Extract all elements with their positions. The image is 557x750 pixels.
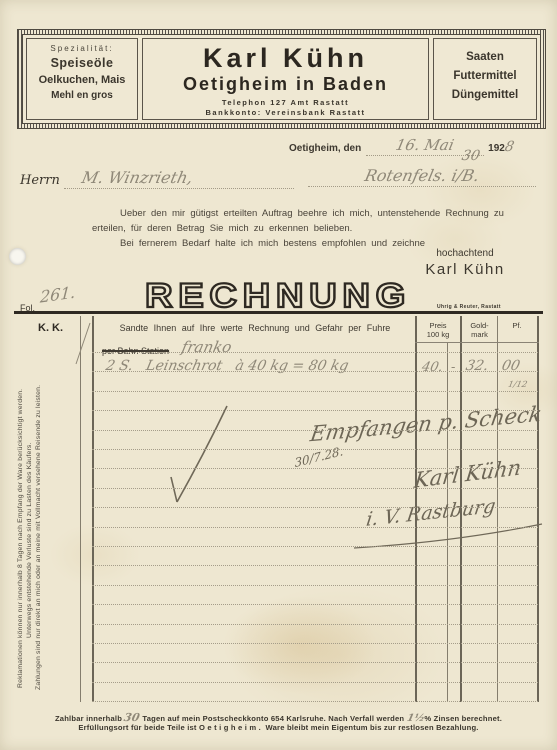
table-dotted-row-line [92,643,538,644]
letterhead-company-box: Karl Kühn Oetigheim in Baden Telephon 12… [142,38,429,120]
footer-place-spaced: Oetigheim. [199,723,263,732]
table-dotted-row-line [92,585,538,586]
specialty-label: Spezialität: [27,44,137,53]
table-dotted-row-line [92,468,538,469]
signature-underline-stroke [354,524,542,548]
table-dotted-row-line [92,624,538,625]
table-dotted-row-line [92,410,538,411]
closing-word: hochachtend [390,248,540,259]
year-prefix: 192 [488,143,505,154]
table-dotted-row-line [92,507,538,508]
letterhead-frame: Spezialität: Speiseöle Oelkuchen, Mais M… [17,29,546,129]
company-bank: Bankkonto: Vereinsbank Rastatt [143,108,428,118]
margin-note-unterwegs: Unterwegs entstehende Verluste sind zu L… [26,442,33,638]
company-name: Karl Kühn [143,44,428,73]
body-paragraph: Ueber den mir gütigst erteilten Auftrag … [92,206,544,251]
printer-mark: Uhrig & Reuter, Rastatt [437,304,501,310]
pencil-strokes [14,316,543,702]
body-line: erteilen, für deren Betrag Sie mich zu e… [92,221,544,236]
recipient-line: Herrn M. Winzrieth, [20,168,294,189]
specialty-line: Mehl en gros [27,88,137,103]
recipient-name-field: M. Winzrieth, [64,168,294,189]
table-dotted-row-line [92,527,538,528]
handwritten-recipient-name: M. Winzrieth, [80,168,195,187]
table-dotted-row-line [92,488,538,489]
invoice-document: Spezialität: Speiseöle Oelkuchen, Mais M… [0,0,557,750]
table-dotted-row-line [92,604,538,605]
letterhead-specialties-box: Spezialität: Speiseöle Oelkuchen, Mais M… [26,38,138,120]
company-place: Oetigheim in Baden [143,73,428,95]
table-dotted-row-line [92,565,538,566]
table-dotted-row-line [92,662,538,663]
table-dotted-row-line [92,449,538,450]
handwritten-note-30: 30 [460,148,481,164]
handwritten-date: 16. Mai [394,136,456,154]
punch-hole [9,248,26,265]
product-line: Saaten [434,48,536,67]
title-rule [14,311,543,314]
table-dotted-row-line [92,352,538,353]
table-grid: K. K. Sandte Ihnen auf Ihre werte Rechnu… [14,316,543,702]
table-dotted-row-line [92,430,538,431]
margin-note-zahlungen: Zahlungen sind nur direkt an mich oder a… [35,385,42,690]
kk-slash-stroke [76,323,90,364]
footer-line-2: Erfüllungsort für beide Teile ist Oetigh… [0,723,557,732]
specialty-line: Oelkuchen, Mais [27,72,137,88]
product-line: Futtermittel [434,67,536,86]
specialty-line: Speiseöle [27,55,137,72]
date-place-label: Oetigheim, den [289,143,361,154]
rechnung-title: RECHNUNG [138,277,418,315]
table-dotted-row-line [92,701,538,702]
handwritten-folio-number: 261. [39,282,76,306]
recipient-label: Herrn [20,173,60,188]
body-line: Ueber den mir gütigst erteilten Auftrag … [92,206,544,221]
rechnung-title-text: RECHNUNG [145,277,411,315]
company-phone: Telephon 127 Amt Rastatt [143,98,428,108]
table-dotted-row-line [92,371,538,372]
product-line: Düngemittel [434,86,536,105]
recipient-place-field: Rotenfels. i/B. [308,166,536,187]
printed-signature: Karl Kühn [390,261,540,278]
table-dotted-row-line [92,391,538,392]
handwritten-year-digit: 8 [503,139,515,155]
table-dotted-row-line [92,682,538,683]
table-dotted-row-line [92,546,538,547]
handwritten-recipient-place: Rotenfels. i/B. [363,166,481,185]
closing-block: hochachtend Karl Kühn [390,248,540,278]
letterhead-products-box: Saaten Futtermittel Düngemittel [433,38,537,120]
margin-note-reklamationen: Reklamationen können nur innerhalb 8 Tag… [17,389,24,688]
